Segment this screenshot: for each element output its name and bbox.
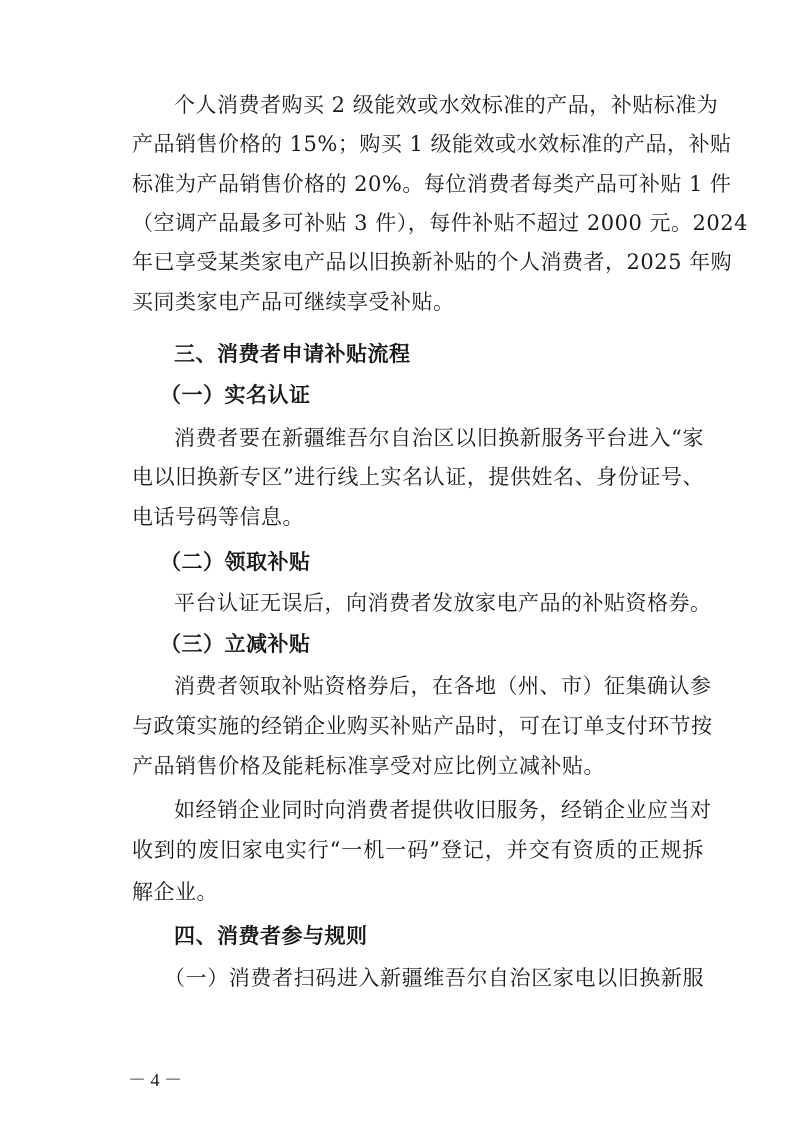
section-heading: 四、消费者参与规则 [174,922,704,950]
body-line: 解企业。 [132,878,704,906]
body-line: 标准为产品销售价格的 20%。每位消费者每类产品可补贴 1 件 [132,170,704,198]
body-line: 电话号码等信息。 [132,503,704,531]
body-line: 消费者要在新疆维吾尔自治区以旧换新服务平台进入“家 [174,424,704,452]
body-line: 产品销售价格的 15%；购买 1 级能效或水效标准的产品，补贴 [132,130,704,158]
body-line: 与政策实施的经销企业购买补贴产品时，可在订单支付环节按 [132,712,704,740]
body-line: 如经销企业同时向消费者提供收旧服务，经销企业应当对 [174,796,704,824]
body-line: 消费者领取补贴资格券后，在各地（州、市）征集确认参 [174,672,704,700]
body-line: （一）消费者扫码进入新疆维吾尔自治区家电以旧换新服 [164,964,704,992]
body-line: 年已享受某类家电产品以旧换新补贴的个人消费者，2025 年购 [132,248,704,276]
body-line: 产品销售价格及能耗标准享受对应比例立减补贴。 [132,752,704,780]
subsection-heading: （二）领取补贴 [160,548,690,576]
subsection-heading: （一）实名认证 [160,381,690,409]
subsection-heading: （三）立减补贴 [160,630,690,658]
body-line: 平台认证无误后，向消费者发放家电产品的补贴资格券。 [174,589,704,617]
page-number: － 4 － [128,1068,182,1092]
body-line: 买同类家电产品可继续享受补贴。 [132,288,704,316]
body-line: （空调产品最多可补贴 3 件），每件补贴不超过 2000 元。2024 [132,209,704,237]
section-heading: 三、消费者申请补贴流程 [174,340,704,368]
body-line: 收到的废旧家电实行“一机一码”登记，并交有资质的正规拆 [132,836,704,864]
body-line: 个人消费者购买 2 级能效或水效标准的产品，补贴标准为 [174,91,704,119]
document-page: 个人消费者购买 2 级能效或水效标准的产品，补贴标准为 产品销售价格的 15%；… [0,0,793,1122]
body-line: 电以旧换新专区”进行线上实名认证，提供姓名、身份证号、 [132,463,704,491]
